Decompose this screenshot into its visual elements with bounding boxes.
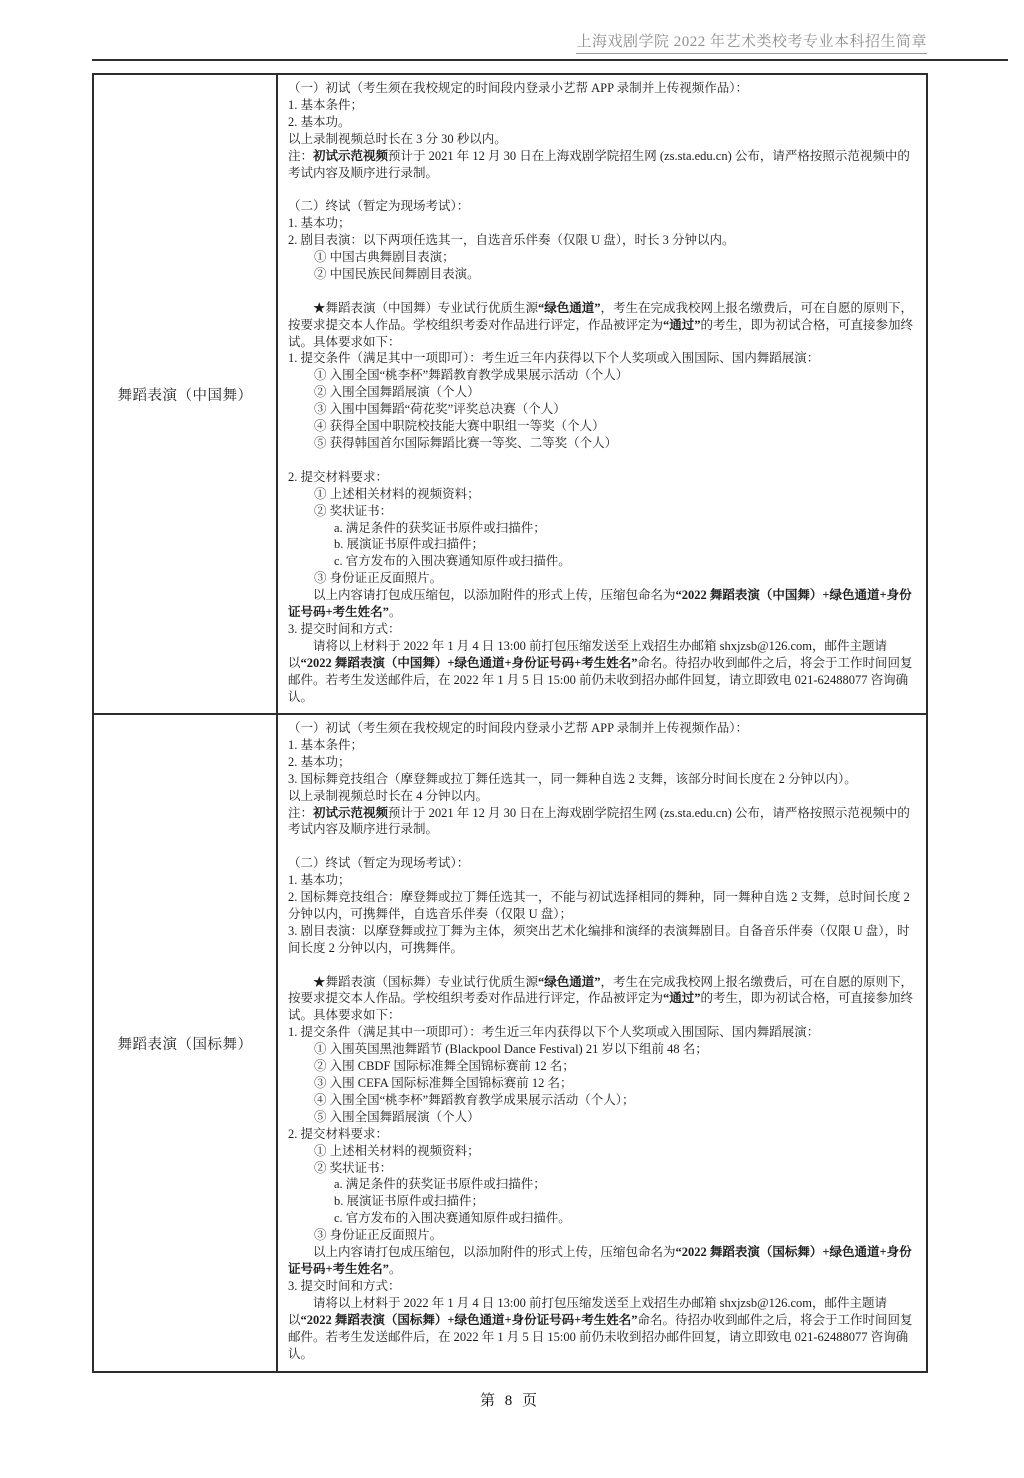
text: （二）终试（暂定为现场考试）：	[288, 856, 469, 870]
paragraph: ② 入围 CBDF 国际标准舞全国锦标赛前 12 名；	[288, 1058, 918, 1075]
text: 2. 剧目表演：以下两项任选其一，自选音乐伴奏（仅限 U 盘），时长 3 分钟以…	[288, 233, 735, 247]
table-row-chinese-dance: 舞蹈表演（中国舞） （一）初试（考生须在我校规定的时间段内登录小艺帮 APP 录…	[93, 74, 927, 714]
text: 以上录制视频总时长在 4 分钟以内。	[288, 789, 488, 803]
text: ① 入围全国“桃李杯”舞蹈教育教学成果展示活动（个人）	[314, 368, 628, 382]
paragraph: ② 奖状证书：	[288, 1160, 918, 1177]
page-number: 第 8 页	[92, 1389, 928, 1410]
paragraph: 3. 国标舞竞技组合（摩登舞或拉丁舞任选其一，同一舞种自选 2 支舞，该部分时间…	[288, 771, 918, 788]
text: 2. 提交材料要求：	[288, 1127, 388, 1141]
text: 注：	[288, 149, 313, 163]
paragraph: 请将以上材料于 2022 年 1 月 4 日 13:00 前打包压缩发送至上戏招…	[288, 638, 918, 706]
page-header-title: 上海戏剧学院 2022 年艺术类校考专业本科招生简章	[576, 30, 927, 54]
paragraph: ④ 入围全国“桃李杯”舞蹈教育教学成果展示活动（个人）；	[288, 1092, 918, 1109]
paragraph: 以上内容请打包成压缩包，以添加附件的形式上传，压缩包命名为“2022 舞蹈表演（…	[288, 587, 918, 621]
text: 以上内容请打包成压缩包，以添加附件的形式上传，压缩包命名为	[313, 1245, 676, 1259]
paragraph: 2. 提交材料要求：	[288, 1126, 918, 1143]
paragraph	[288, 452, 918, 469]
text: ③ 入围 CEFA 国际标准舞全国锦标赛前 12 名；	[314, 1076, 572, 1090]
text: 1. 基本条件；	[288, 738, 363, 752]
paragraph: ⑤ 入围全国舞蹈展演（个人）	[288, 1109, 918, 1126]
text: b. 展演证书原件或扫描件；	[334, 1194, 484, 1208]
bold-text: “2022 舞蹈表演（国标舞）+绿色通道+身份证号码+考生姓名”	[301, 1313, 638, 1327]
paragraph: b. 展演证书原件或扫描件；	[288, 536, 918, 553]
text: 3. 剧目表演：以摩登舞或拉丁舞为主体，须突出艺术化编排和演绎的表演舞剧目。自备…	[288, 924, 910, 955]
text: ① 上述相关材料的视频资料；	[314, 1144, 480, 1158]
paragraph: ③ 入围中国舞蹈“荷花奖”评奖总决赛（个人）	[288, 401, 918, 418]
paragraph: ④ 获得全国中职院校技能大赛中职组一等奖（个人）	[288, 418, 918, 435]
paragraph: ① 中国古典舞剧目表演；	[288, 249, 918, 266]
paragraph: 注：初试示范视频预计于 2021 年 12 月 30 日在上海戏剧学院招生网 (…	[288, 805, 918, 839]
text: ④ 入围全国“桃李杯”舞蹈教育教学成果展示活动（个人）；	[314, 1093, 634, 1107]
paragraph: ③ 身份证正反面照片。	[288, 1227, 918, 1244]
paragraph: ② 入围全国舞蹈展演（个人）	[288, 384, 918, 401]
text: 2. 基本功。	[288, 115, 351, 129]
text: ① 上述相关材料的视频资料；	[314, 487, 480, 501]
paragraph: 3. 提交时间和方式：	[288, 1278, 918, 1295]
paragraph: ⑤ 获得韩国首尔国际舞蹈比赛一等奖、二等奖（个人）	[288, 435, 918, 452]
text: 1. 基本条件；	[288, 98, 363, 112]
requirements-cell-chinese-dance: （一）初试（考生须在我校规定的时间段内登录小艺帮 APP 录制并上传视频作品）：…	[277, 74, 927, 714]
paragraph: c. 官方发布的入围决赛通知原件或扫描件。	[288, 1210, 918, 1227]
paragraph: ① 上述相关材料的视频资料；	[288, 486, 918, 503]
paragraph: 1. 基本功；	[288, 215, 918, 232]
text: ★舞蹈表演（国标舞）专业试行优质生源	[313, 975, 538, 989]
paragraph	[288, 957, 918, 974]
exam-table-body: 舞蹈表演（中国舞） （一）初试（考生须在我校规定的时间段内登录小艺帮 APP 录…	[93, 74, 927, 1372]
text: ② 奖状证书：	[314, 1161, 392, 1175]
exam-requirements-table: 舞蹈表演（中国舞） （一）初试（考生须在我校规定的时间段内登录小艺帮 APP 录…	[92, 73, 928, 1373]
text: 3. 国标舞竞技组合（摩登舞或拉丁舞任选其一，同一舞种自选 2 支舞，该部分时间…	[288, 772, 857, 786]
bold-text: “绿色通道”	[538, 301, 601, 315]
paragraph: 1. 提交条件（满足其中一项即可）：考生近三年内获得以下个人奖项或入围国际、国内…	[288, 350, 918, 367]
document-page: 上海戏剧学院 2022 年艺术类校考专业本科招生简章 舞蹈表演（中国舞） （一）…	[0, 30, 1024, 1478]
text: 1. 基本功；	[288, 873, 351, 887]
bold-text: 初试示范视频	[313, 149, 388, 163]
text: ② 入围 CBDF 国际标准舞全国锦标赛前 12 名；	[314, 1059, 575, 1073]
paragraph	[288, 181, 918, 198]
bold-text: “2022 舞蹈表演（中国舞）+绿色通道+身份证号码+考生姓名”	[301, 656, 638, 670]
text: （二）终试（暂定为现场考试）：	[288, 199, 469, 213]
text: 注：	[288, 806, 313, 820]
text: 2. 提交材料要求：	[288, 470, 388, 484]
paragraph: a. 满足条件的获奖证书原件或扫描件；	[288, 520, 918, 537]
text: ① 入围英国黑池舞蹈节 (Blackpool Dance Festival) 2…	[314, 1042, 708, 1056]
paragraph: （一）初试（考生须在我校规定的时间段内登录小艺帮 APP 录制并上传视频作品）：	[288, 80, 918, 97]
table-row-international-dance: 舞蹈表演（国标舞） （一）初试（考生须在我校规定的时间段内登录小艺帮 APP 录…	[93, 714, 927, 1372]
text: ⑤ 获得韩国首尔国际舞蹈比赛一等奖、二等奖（个人）	[314, 436, 617, 450]
text: ④ 获得全国中职院校技能大赛中职组一等奖（个人）	[314, 419, 605, 433]
paragraph: c. 官方发布的入围决赛通知原件或扫描件。	[288, 553, 918, 570]
paragraph: （二）终试（暂定为现场考试）：	[288, 855, 918, 872]
paragraph: 1. 基本功；	[288, 872, 918, 889]
paragraph: 2. 基本功；	[288, 754, 918, 771]
text: ★舞蹈表演（中国舞）专业试行优质生源	[313, 301, 538, 315]
text: ② 入围全国舞蹈展演（个人）	[314, 385, 480, 399]
paragraph: 2. 提交材料要求：	[288, 469, 918, 486]
major-name-cell-international-dance: 舞蹈表演（国标舞）	[93, 714, 277, 1372]
paragraph: ★舞蹈表演（国标舞）专业试行优质生源“绿色通道”，考生在完成我校网上报名缴费后，…	[288, 974, 918, 1025]
text: （一）初试（考生须在我校规定的时间段内登录小艺帮 APP 录制并上传视频作品）：	[288, 81, 748, 95]
paragraph: 1. 基本条件；	[288, 97, 918, 114]
text: 1. 提交条件（满足其中一项即可）：考生近三年内获得以下个人奖项或入围国际、国内…	[288, 1025, 819, 1039]
major-name-cell-chinese-dance: 舞蹈表演（中国舞）	[93, 74, 277, 714]
text: 以上内容请打包成压缩包，以添加附件的形式上传，压缩包命名为	[313, 588, 676, 602]
text: 2. 国标舞竞技组合：摩登舞或拉丁舞任选其一，不能与初试选择相同的舞种，同一舞种…	[288, 890, 910, 921]
paragraph: ② 奖状证书：	[288, 503, 918, 520]
text: ② 奖状证书：	[314, 504, 392, 518]
bold-text: “通过”	[663, 318, 701, 332]
paragraph: 2. 国标舞竞技组合：摩登舞或拉丁舞任选其一，不能与初试选择相同的舞种，同一舞种…	[288, 889, 918, 923]
paragraph: （二）终试（暂定为现场考试）：	[288, 198, 918, 215]
bold-text: “通过”	[663, 991, 701, 1005]
paragraph: 2. 基本功。	[288, 114, 918, 131]
paragraph: 2. 剧目表演：以下两项任选其一，自选音乐伴奏（仅限 U 盘），时长 3 分钟以…	[288, 232, 918, 249]
paragraph: 以上录制视频总时长在 3 分 30 秒以内。	[288, 131, 918, 148]
text: b. 展演证书原件或扫描件；	[334, 537, 484, 551]
text: 1. 提交条件（满足其中一项即可）：考生近三年内获得以下个人奖项或入围国际、国内…	[288, 351, 819, 365]
paragraph	[288, 838, 918, 855]
paragraph: ② 中国民族民间舞剧目表演。	[288, 266, 918, 283]
paragraph: b. 展演证书原件或扫描件；	[288, 1193, 918, 1210]
paragraph: 以上录制视频总时长在 4 分钟以内。	[288, 788, 918, 805]
text: ① 中国古典舞剧目表演；	[314, 250, 455, 264]
paragraph: 1. 提交条件（满足其中一项即可）：考生近三年内获得以下个人奖项或入围国际、国内…	[288, 1024, 918, 1041]
paragraph: ① 入围全国“桃李杯”舞蹈教育教学成果展示活动（个人）	[288, 367, 918, 384]
paragraph: ③ 入围 CEFA 国际标准舞全国锦标赛前 12 名；	[288, 1075, 918, 1092]
text: ⑤ 入围全国舞蹈展演（个人）	[314, 1110, 480, 1124]
bold-text: 初试示范视频	[313, 806, 388, 820]
header-rule	[92, 59, 1008, 61]
text: ③ 身份证正反面照片。	[314, 571, 442, 585]
text: c. 官方发布的入围决赛通知原件或扫描件。	[334, 554, 571, 568]
text: 1. 基本功；	[288, 216, 351, 230]
paragraph: （一）初试（考生须在我校规定的时间段内登录小艺帮 APP 录制并上传视频作品）：	[288, 720, 918, 737]
paragraph: 3. 剧目表演：以摩登舞或拉丁舞为主体，须突出艺术化编排和演绎的表演舞剧目。自备…	[288, 923, 918, 957]
text: ② 中国民族民间舞剧目表演。	[314, 267, 480, 281]
paragraph: ③ 身份证正反面照片。	[288, 570, 918, 587]
bold-text: “绿色通道”	[538, 975, 601, 989]
text: c. 官方发布的入围决赛通知原件或扫描件。	[334, 1211, 571, 1225]
text: 2. 基本功；	[288, 755, 351, 769]
paragraph: 请将以上材料于 2022 年 1 月 4 日 13:00 前打包压缩发送至上戏招…	[288, 1295, 918, 1363]
text: ③ 身份证正反面照片。	[314, 1228, 442, 1242]
text: a. 满足条件的获奖证书原件或扫描件；	[334, 521, 546, 535]
text: 以上录制视频总时长在 3 分 30 秒以内。	[288, 132, 507, 146]
page-header: 上海戏剧学院 2022 年艺术类校考专业本科招生简章	[92, 30, 927, 54]
text: a. 满足条件的获奖证书原件或扫描件；	[334, 1177, 546, 1191]
text: ③ 入围中国舞蹈“荷花奖”评奖总决赛（个人）	[314, 402, 566, 416]
paragraph: ① 上述相关材料的视频资料；	[288, 1143, 918, 1160]
text: 3. 提交时间和方式：	[288, 1279, 401, 1293]
paragraph: a. 满足条件的获奖证书原件或扫描件；	[288, 1176, 918, 1193]
paragraph: 以上内容请打包成压缩包，以添加附件的形式上传，压缩包命名为“2022 舞蹈表演（…	[288, 1244, 918, 1278]
paragraph: 1. 基本条件；	[288, 737, 918, 754]
text: （一）初试（考生须在我校规定的时间段内登录小艺帮 APP 录制并上传视频作品）：	[288, 721, 748, 735]
paragraph: ★舞蹈表演（中国舞）专业试行优质生源“绿色通道”，考生在完成我校网上报名缴费后，…	[288, 300, 918, 351]
paragraph: ① 入围英国黑池舞蹈节 (Blackpool Dance Festival) 2…	[288, 1041, 918, 1058]
paragraph: 3. 提交时间和方式：	[288, 621, 918, 638]
text: 。	[389, 605, 402, 619]
text: 3. 提交时间和方式：	[288, 622, 401, 636]
paragraph: 注：初试示范视频预计于 2021 年 12 月 30 日在上海戏剧学院招生网 (…	[288, 148, 918, 182]
text: 。	[389, 1262, 402, 1276]
paragraph	[288, 283, 918, 300]
requirements-cell-international-dance: （一）初试（考生须在我校规定的时间段内登录小艺帮 APP 录制并上传视频作品）：…	[277, 714, 927, 1372]
